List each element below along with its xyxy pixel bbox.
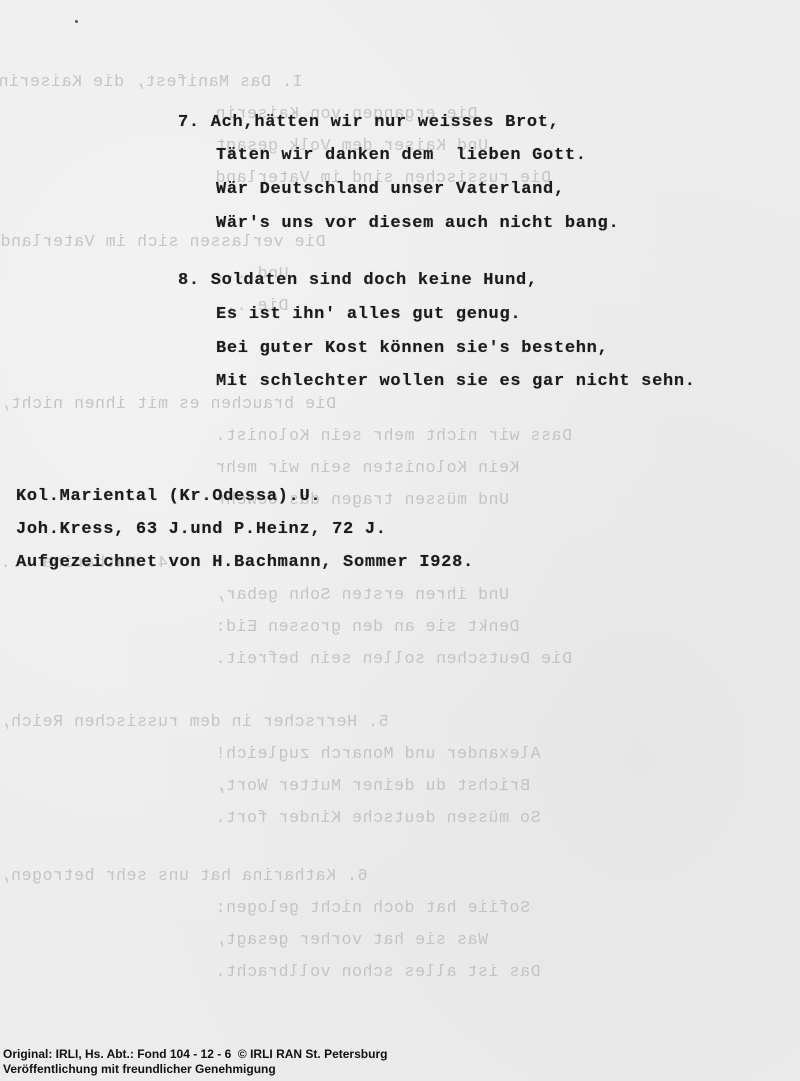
bleed-line: So müssen deutsche Kinder fort. [215, 808, 541, 827]
bleed-line: Die verlassen sich im Vaterland [0, 232, 326, 251]
verse-line: Bei guter Kost können sie's bestehn, [216, 339, 608, 358]
bleed-line: Brichst du deiner Mutter Wort, [215, 776, 530, 795]
verse-number: 7. [178, 113, 200, 132]
source-place: Kol.Mariental (Kr.Odessa).U. [16, 487, 321, 506]
verse-line: Wär's uns vor diesem auch nicht bang. [216, 214, 619, 233]
source-informants: Joh.Kress, 63 J.und P.Heinz, 72 J. [16, 520, 387, 539]
bleed-line: Kein Kolonisten sein wir mehr [215, 458, 520, 477]
bleed-line: Alexander und Monarch zugleich! [215, 744, 541, 763]
bleed-line: Die Deutschen sollen sein befreit. [215, 649, 572, 668]
scan-speck [75, 20, 78, 23]
verse-line: 8. Soldaten sind doch keine Hund, [178, 271, 538, 290]
source-recorded-by: Aufgezeichnet von H.Bachmann, Sommer I92… [16, 553, 474, 572]
bleed-line: Denkt sie an den grossen Eid: [215, 617, 520, 636]
bleed-line: Und ihren ersten Sohn gebar, [215, 585, 509, 604]
bleed-line: Sofiie hat doch nicht gelogen: [215, 898, 530, 917]
bleed-line: Was sie hat vorher gesagt, [215, 930, 488, 949]
bleed-line: I. Das Manifest, die Kaiserin [0, 72, 303, 91]
bleed-line: 6. Katharina hat uns sehr betrogen, [0, 866, 368, 885]
verse-line: Es ist ihn' alles gut genug. [216, 305, 521, 324]
bleed-line: Das ist alles schon vollbracht. [215, 962, 541, 981]
verse-number: 8. [178, 271, 200, 290]
verse-line: 7. Ach,hätten wir nur weisses Brot, [178, 113, 560, 132]
bleed-line: Dass wir nicht mehr sein Kolonist. [215, 426, 572, 445]
verse-line: Wär Deutschland unser Vaterland, [216, 180, 565, 199]
scanned-page: I. Das Manifest, die Kaiserin Die ergang… [0, 0, 800, 1081]
footer-permission-line: Veröffentlichung mit freundlicher Genehm… [3, 1062, 276, 1076]
footer-source-line: Original: IRLI, Hs. Abt.: Fond 104 - 12 … [3, 1047, 387, 1061]
verse-line: Täten wir danken dem lieben Gott. [216, 146, 587, 165]
bleed-line: Die brauchen es mit ihnen nicht, [0, 394, 336, 413]
bleed-line: 5. Herrscher in dem russischen Reich, [0, 712, 389, 731]
verse-line: Mit schlechter wollen sie es gar nicht s… [216, 372, 696, 391]
